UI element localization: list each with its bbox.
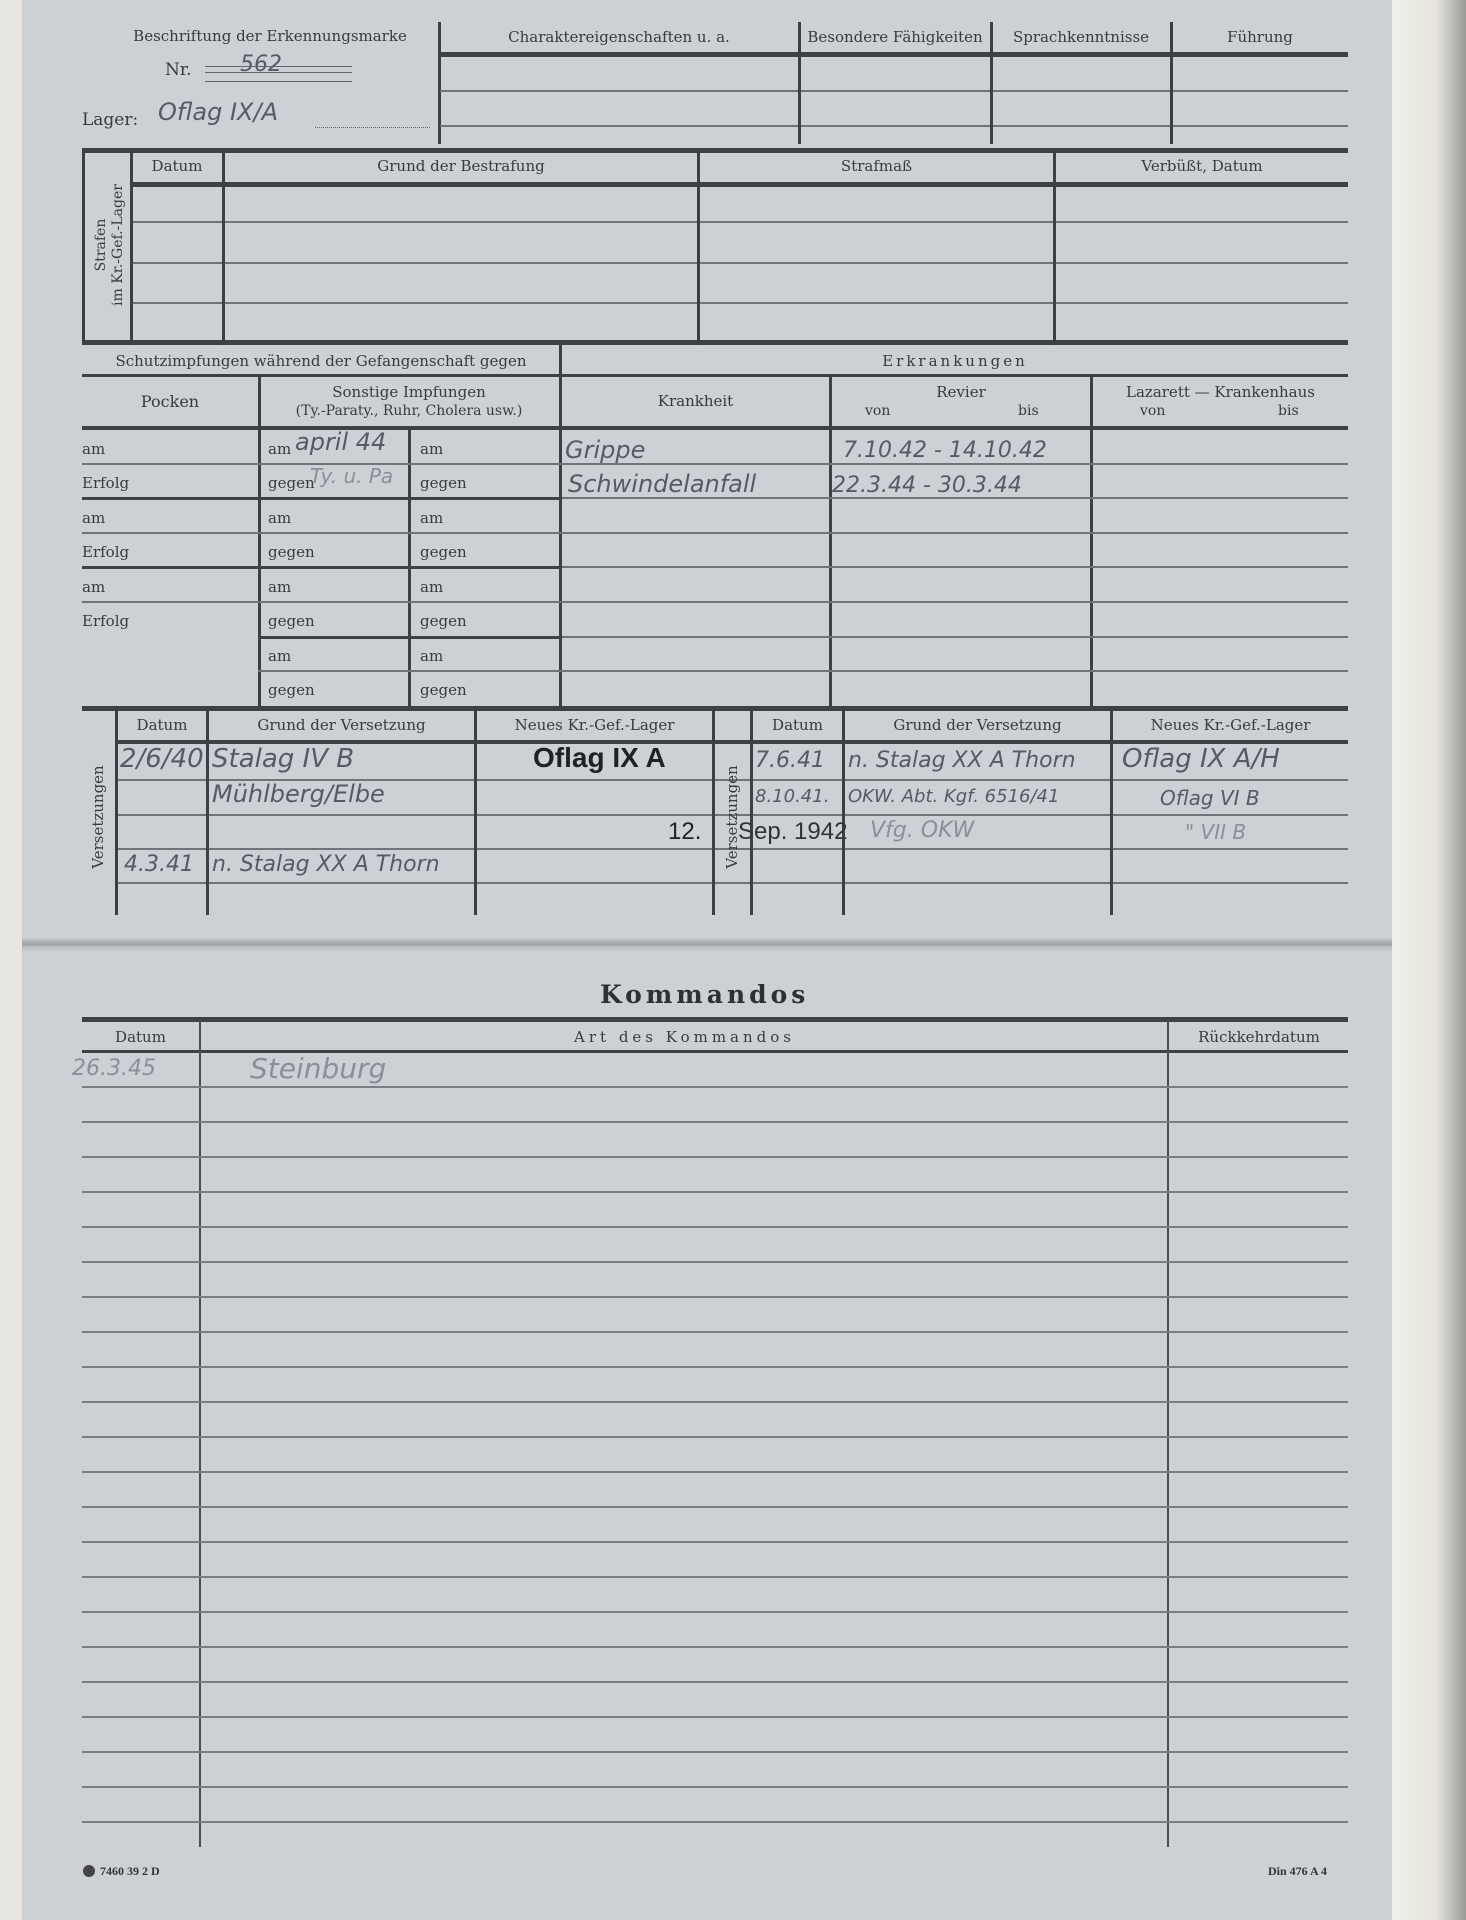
erkennungsmarke-heading: Beschriftung der Erkennungsmarke <box>120 27 420 45</box>
divider <box>132 182 1348 187</box>
divider <box>750 706 753 915</box>
divider <box>132 221 1348 223</box>
pocken-am-2: am <box>82 509 105 527</box>
divider <box>82 340 1348 345</box>
divider <box>82 532 1348 534</box>
header-charaktereigenschaften: Charaktereigenschaften u. a. <box>440 28 798 46</box>
strafen-header-datum: Datum <box>132 157 222 175</box>
lager-label: Lager: <box>82 110 138 130</box>
divider <box>206 706 209 915</box>
pocken-am-3: am <box>82 578 105 596</box>
sonstige-gegen-1a: gegen <box>268 474 315 492</box>
strafen-side-label-1: Strafen <box>93 155 110 335</box>
pocken-erfolg-1: Erfolg <box>82 474 129 492</box>
kommandos-title: Kommandos <box>600 980 809 1009</box>
impf-entry-am: april 44 <box>295 428 386 456</box>
pocken-am-1: am <box>82 440 105 458</box>
impfungen-heading: Schutzimpfungen während der Gefangenscha… <box>82 352 560 370</box>
revier-bis: bis <box>1018 403 1039 419</box>
strafen-header-verbuesst: Verbüßt, Datum <box>1056 157 1348 175</box>
lager-value: Oflag IX/A <box>158 98 278 126</box>
sonstige-am-4b: am <box>420 647 443 665</box>
vers-left-header-grund: Grund der Versetzung <box>209 716 474 734</box>
lazarett-bis: bis <box>1278 403 1299 419</box>
printer-mark-icon <box>83 1865 95 1877</box>
strafen-header-strafmass: Strafmaß <box>700 157 1053 175</box>
divider <box>258 670 1348 672</box>
divider <box>82 706 1348 711</box>
impf-entry-gegen: Ty. u. Pa <box>310 464 393 488</box>
vers-left-header-lager: Neues Kr.-Gef.-Lager <box>477 716 712 734</box>
impf-col-sonstige: Sonstige Impfungen <box>260 383 558 401</box>
vers-right-grund-2: OKW. Abt. Kgf. 6516/41 <box>848 786 1059 807</box>
vers-left-grund-2: Mühlberg/Elbe <box>212 780 385 808</box>
divider <box>82 601 1348 603</box>
kommandos-header-datum: Datum <box>82 1028 199 1046</box>
paper-edge <box>1392 0 1466 1920</box>
divider <box>258 636 560 639</box>
kommandos-header-rueckkehr: Rückkehrdatum <box>1170 1028 1348 1046</box>
divider <box>82 1017 1348 1022</box>
erk-krankheit-2: Schwindelanfall <box>568 470 756 498</box>
divider <box>132 262 1348 264</box>
divider <box>712 706 715 915</box>
kommandos-art-1: Steinburg <box>250 1052 386 1085</box>
divider <box>132 302 1348 304</box>
sonstige-am-1b: am <box>420 440 443 458</box>
erk-col-lazarett: Lazarett — Krankenhaus <box>1093 383 1348 401</box>
divider <box>562 566 1348 568</box>
impf-col-sonstige-sub: (Ty.-Paraty., Ruhr, Cholera usw.) <box>260 403 558 419</box>
revier-von: von <box>865 403 890 419</box>
header-sprachkenntnisse: Sprachkenntnisse <box>992 28 1170 46</box>
sonstige-am-1a: am <box>268 440 291 458</box>
stamp-date-month-year: Sep. 1942 <box>738 818 847 846</box>
divider <box>440 90 1348 92</box>
impf-col-pocken: Pocken <box>82 392 258 411</box>
divider <box>1110 706 1113 915</box>
divider <box>82 148 1348 153</box>
paper-fold <box>22 938 1392 952</box>
sonstige-gegen-2a: gegen <box>268 543 315 561</box>
lager-dotted-line <box>315 127 430 128</box>
kommandos-header-art: Art des Kommandos <box>202 1028 1167 1046</box>
divider <box>842 706 845 915</box>
vers-right-datum-1: 7.6.41 <box>755 748 825 773</box>
vers-right-header-lager: Neues Kr.-Gef.-Lager <box>1113 716 1348 734</box>
sonstige-am-3a: am <box>268 578 291 596</box>
pocken-erfolg-3: Erfolg <box>82 612 129 630</box>
footer-din-format: Din 476 A 4 <box>1268 1864 1327 1879</box>
vers-left-header-datum: Datum <box>118 716 206 734</box>
divider <box>440 125 1348 127</box>
divider <box>222 148 225 345</box>
vers-right-grund-1: n. Stalag XX A Thorn <box>848 748 1076 773</box>
vers-right-header-datum: Datum <box>753 716 842 734</box>
nr-value: 562 <box>240 52 282 77</box>
strafen-side-label-2: im Kr.-Gef.-Lager <box>110 155 127 335</box>
header-fuehrung: Führung <box>1172 28 1348 46</box>
vers-right-grund-3: Vfg. OKW <box>870 818 974 843</box>
sonstige-am-4a: am <box>268 647 291 665</box>
stamp-oflag-ix-a: Oflag IX A <box>533 742 666 774</box>
strafen-side-label: Strafen im Kr.-Gef.-Lager <box>93 155 127 335</box>
divider <box>474 706 477 915</box>
divider <box>115 706 118 915</box>
versetzungen-side-label-left: Versetzungen <box>89 742 107 892</box>
sonstige-am-2a: am <box>268 509 291 527</box>
versetzungen-side-label-right: Versetzungen <box>723 742 741 892</box>
divider <box>440 52 1348 57</box>
vers-left-grund-3: n. Stalag XX A Thorn <box>212 852 440 877</box>
divider <box>82 463 1348 465</box>
vers-right-lager-3: " VII B <box>1185 820 1246 844</box>
divider <box>697 148 700 345</box>
strafen-header-grund: Grund der Bestrafung <box>225 157 697 175</box>
erk-revier-2: 22.3.44 - 30.3.44 <box>832 473 1022 498</box>
sonstige-am-2b: am <box>420 509 443 527</box>
lazarett-von: von <box>1140 403 1165 419</box>
header-besondere-faehigkeiten: Besondere Fähigkeiten <box>800 28 990 46</box>
erk-col-revier: Revier <box>832 383 1090 401</box>
erkrankungen-heading: Erkrankungen <box>562 352 1348 370</box>
vers-right-datum-2: 8.10.41. <box>755 786 829 807</box>
sonstige-am-3b: am <box>420 578 443 596</box>
kommandos-ruled-lines <box>82 1053 1348 1848</box>
sonstige-gegen-4a: gegen <box>268 681 315 699</box>
divider <box>82 497 560 500</box>
sonstige-gegen-3b: gegen <box>420 612 467 630</box>
vers-right-lager-2: Oflag VI B <box>1160 786 1260 810</box>
divider <box>82 426 1348 430</box>
sonstige-gegen-4b: gegen <box>420 681 467 699</box>
vers-right-header-grund: Grund der Versetzung <box>845 716 1110 734</box>
divider <box>82 148 85 345</box>
erk-krankheit-1: Grippe <box>565 436 645 464</box>
sonstige-gegen-3a: gegen <box>268 612 315 630</box>
divider <box>82 374 1348 377</box>
vers-left-datum-3: 4.3.41 <box>124 852 194 877</box>
stamp-date-day: 12. <box>668 818 701 846</box>
sonstige-gegen-1b: gegen <box>420 474 467 492</box>
vers-right-lager-1: Oflag IX A/H <box>1122 744 1280 774</box>
sonstige-gegen-2b: gegen <box>420 543 467 561</box>
divider <box>130 148 133 345</box>
footer-form-number: 7460 39 2 D <box>100 1864 160 1879</box>
vers-left-datum-1: 2/6/40 <box>120 744 204 774</box>
divider <box>82 566 560 569</box>
divider <box>1053 148 1056 345</box>
kommandos-datum-1: 26.3.45 <box>72 1056 156 1081</box>
vers-left-grund-1: Stalag IV B <box>212 744 354 774</box>
erk-col-krankheit: Krankheit <box>562 392 829 410</box>
divider <box>562 636 1348 638</box>
pocken-erfolg-2: Erfolg <box>82 543 129 561</box>
erk-revier-1: 7.10.42 - 14.10.42 <box>843 438 1047 463</box>
nr-label: Nr. <box>165 60 192 80</box>
